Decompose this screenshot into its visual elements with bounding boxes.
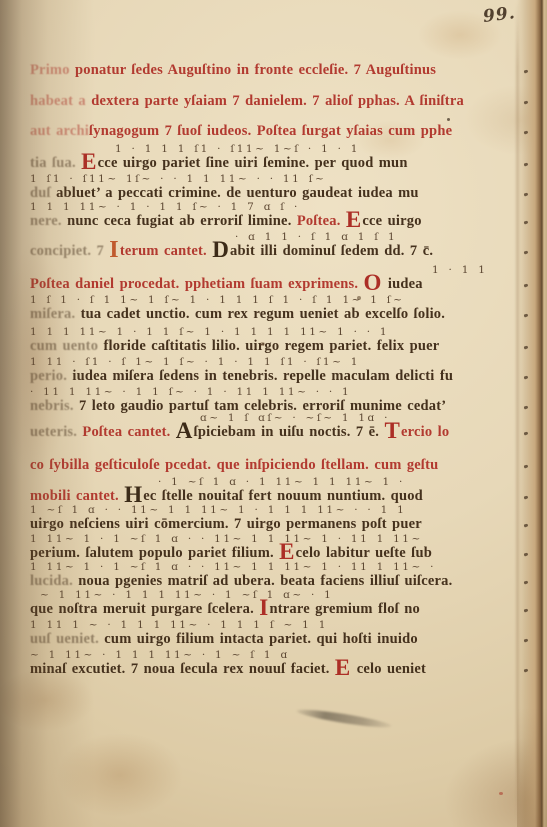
text-segment: noua pgenies matriſ ad ubera. beata faci… bbox=[78, 573, 452, 589]
pricking-mark bbox=[524, 69, 529, 73]
text-segment: tia ſua. bbox=[30, 155, 81, 171]
text-segment: ercio lo bbox=[401, 424, 449, 440]
text-segment: Primo bbox=[30, 62, 75, 78]
neume-row: 1 · 1 1 1 ſ1 · ſ11~ 1~ſ · 1 · 1 bbox=[115, 143, 360, 155]
text-segment: Poſtea. bbox=[297, 213, 346, 229]
ink-speck bbox=[357, 296, 361, 300]
pricking-mark bbox=[524, 192, 529, 196]
text-segment: nere. bbox=[30, 213, 67, 229]
illuminated-initial: A bbox=[176, 418, 193, 443]
text-line: ɑ~ 1 ſ ɑſ~ · ~ſ~ 1 1ɑ ·ueteris. Poſtea c… bbox=[30, 424, 449, 441]
pricking-mark bbox=[524, 313, 529, 317]
text-segment: uuſ ueniet. bbox=[30, 631, 104, 647]
text-segment: celo labitur ueſte ſub bbox=[296, 545, 432, 561]
text-line: 1 ſ 1 · ſ 1 1~ 1 ſ~ 1 · 1 1 1 ſ 1 · ſ 1 … bbox=[30, 306, 445, 323]
text-segment: cum uento bbox=[30, 338, 103, 354]
text-segment: que noſtra meruit purgare ſcelera. bbox=[30, 601, 259, 617]
neume-row: 1 11~ 1 · 1 ~ſ 1 ɑ · · 11~ 1 1 11~ 1 · 1… bbox=[30, 561, 436, 573]
text-segment: ueteris. bbox=[30, 424, 82, 440]
text-segment: co ſybilla geſticuloſe pcedat. que inſpi… bbox=[30, 457, 438, 473]
neume-row: 1 ſ1 · ſ11~ 1ſ~ · · 1 1 11~ · · 11 ſ~ bbox=[30, 173, 326, 185]
pricking-mark bbox=[524, 375, 529, 379]
text-segment: iudea miſera ſedens in tenebris. repelle… bbox=[72, 368, 453, 384]
pricking-mark bbox=[524, 431, 529, 435]
neume-row: · 1 ~ſ 1 ɑ · 1 11~ 1 1 11~ 1 · bbox=[158, 476, 405, 488]
text-segment: ntrare gremium floſ no bbox=[269, 601, 420, 617]
text-segment: habeat a bbox=[30, 93, 91, 109]
text-segment: floride caſtitatis lilio. uirgo regem pa… bbox=[103, 338, 439, 354]
text-segment: miſera. bbox=[30, 306, 81, 322]
text-segment: Poſtea daniel procedat. pphetiam ſuam ex… bbox=[30, 276, 364, 292]
pricking-mark bbox=[524, 162, 529, 166]
illuminated-initial: D bbox=[212, 237, 229, 262]
rubric-line: aut archiſynagogum 7 ſuoſ iudeos. Poſtea… bbox=[30, 123, 452, 140]
illuminated-initial: E bbox=[346, 207, 362, 232]
neume-row: 1 11~ 1 · 1 ~ſ 1 ɑ · · 11~ 1 1 11~ 1 · 1… bbox=[30, 533, 423, 545]
text-segment: celo ueniet bbox=[351, 661, 426, 677]
neume-row: 1 11 · ſ1 · ſ 1~ 1 ſ~ · 1 · 1 1 ſ1 · ſ1~… bbox=[30, 356, 360, 368]
rubric-line: Primo ponatur ſedes Auguſtino in fronte … bbox=[30, 62, 436, 79]
text-segment: perio. bbox=[30, 368, 72, 384]
pricking-mark bbox=[524, 250, 529, 254]
neume-row: · ɑ 1 1 · ſ 1 ɑ 1 ſ 1 bbox=[235, 231, 397, 243]
pricking-mark bbox=[524, 495, 529, 499]
text-segment: abluet’ a peccati crimine. de uenturo ga… bbox=[56, 185, 419, 201]
text-line: 1 1 1 11~ 1 · 1 1 ſ~ 1 · 1 1 1 1 11~ 1 ·… bbox=[30, 338, 439, 355]
text-segment: cum uirgo filium intacta pariet. qui hoſ… bbox=[104, 631, 418, 647]
pricking-mark bbox=[524, 130, 529, 134]
text-segment: nunc ceca fugiat ab erroriſ limine. bbox=[67, 213, 297, 229]
text-line: 1 1 1 11~ · 1 · 1 1 ſ~ · 1 7 ɑ ſ ·nere. … bbox=[30, 213, 422, 230]
text-segment: concipiet. 7 bbox=[30, 243, 109, 259]
pricking-mark bbox=[524, 608, 529, 612]
ink-speck bbox=[499, 792, 503, 795]
neume-row: 1 11 1 ~ · 1 1 1 11~ · 1 1 1 ſ ~ 1 1 bbox=[30, 619, 328, 631]
text-segment: uirgo neſciens uiri cōmercium. 7 uirgo p… bbox=[30, 516, 422, 532]
text-line: 1 11~ 1 · 1 ~ſ 1 ɑ · · 11~ 1 1 11~ 1 · 1… bbox=[30, 573, 452, 590]
neume-row: 1 1 1 11~ 1 · 1 1 ſ~ 1 · 1 1 1 1 11~ 1 ·… bbox=[30, 326, 389, 338]
text-line: 1 11 · ſ1 · ſ 1~ 1 ſ~ · 1 · 1 1 ſ1 · ſ1~… bbox=[30, 368, 453, 385]
text-block: Primo ponatur ſedes Auguſtino in fronte … bbox=[30, 0, 522, 827]
pricking-mark bbox=[524, 668, 529, 672]
illuminated-initial: I bbox=[109, 237, 119, 263]
pricking-mark bbox=[524, 464, 529, 468]
text-line: · 1 ~ſ 1 ɑ · 1 11~ 1 1 11~ 1 ·mobili can… bbox=[30, 488, 423, 505]
ink-speck bbox=[447, 118, 450, 121]
text-segment: cce uirgo bbox=[362, 213, 421, 229]
pricking-mark bbox=[524, 638, 529, 642]
neume-row: ~ 1 11~ · 1 1 1 11~ · 1 ~ſ 1 ɑ~ · 1 bbox=[40, 589, 333, 601]
text-line: 1 ~ſ 1 ɑ · · 11~ 1 1 11~ 1 · 1 1 1 11~ ·… bbox=[30, 516, 422, 533]
text-segment: ſynagogum 7 ſuoſ iudeos. Poſtea ſurgat y… bbox=[89, 123, 452, 139]
pricking-mark bbox=[524, 405, 529, 409]
text-line: ~ 1 11~ · 1 1 1 11~ · 1 ~ſ 1 ɑ~ · 1que n… bbox=[30, 601, 420, 618]
pricking-mark bbox=[524, 580, 529, 584]
text-line: 1 11 1 ~ · 1 1 1 11~ · 1 1 1 ſ ~ 1 1uuſ … bbox=[30, 631, 418, 648]
neume-row: 1 · 1 1 bbox=[432, 264, 487, 276]
rubric-line: co ſybilla geſticuloſe pcedat. que inſpi… bbox=[30, 457, 438, 474]
pricking-marks bbox=[524, 0, 530, 827]
book-fore-edge bbox=[517, 0, 547, 827]
text-segment: ec ſtelle nouitaſ fert nouum nuntium. qu… bbox=[143, 488, 423, 504]
neume-row: 1 ~ſ 1 ɑ · · 11~ 1 1 11~ 1 · 1 1 1 11~ ·… bbox=[30, 504, 406, 516]
rubric-line: habeat a dextera parte yſaiam 7 danielem… bbox=[30, 93, 464, 110]
text-line: · ɑ 1 1 · ſ 1 ɑ 1 ſ 1concipiet. 7 Iterum… bbox=[30, 243, 433, 260]
illuminated-initial: O bbox=[364, 270, 382, 295]
text-line: 1 11~ 1 · 1 ~ſ 1 ɑ · · 11~ 1 1 11~ 1 · 1… bbox=[30, 545, 432, 562]
text-segment: iudea bbox=[383, 276, 423, 292]
illuminated-initial: E bbox=[335, 655, 351, 680]
text-segment: tua cadet unctio. cum rex regum ueniet a… bbox=[81, 306, 445, 322]
text-segment: duſ bbox=[30, 185, 56, 201]
pricking-mark bbox=[524, 345, 529, 349]
manuscript-photo: 99. Primo ponatur ſedes Auguſtino in fro… bbox=[0, 0, 547, 827]
text-segment: abit illi dominuſ ſedem dd. 7 c̄. bbox=[230, 243, 433, 259]
text-segment: nebris. bbox=[30, 398, 79, 414]
text-segment: lucida. bbox=[30, 573, 78, 589]
pricking-mark bbox=[524, 220, 529, 224]
pricking-mark bbox=[524, 100, 529, 104]
neume-row: 1 1 1 11~ · 1 · 1 1 ſ~ · 1 7 ɑ ſ · bbox=[30, 201, 300, 213]
text-segment: ſpiciebam in uiſu noctis. 7 ē. bbox=[194, 424, 385, 440]
pricking-mark bbox=[524, 523, 529, 527]
illuminated-initial: E bbox=[81, 149, 97, 174]
pricking-mark bbox=[524, 552, 529, 556]
text-line: 1 ſ1 · ſ11~ 1ſ~ · · 1 1 11~ · · 11 ſ~duſ… bbox=[30, 185, 419, 202]
text-segment: cce uirgo pariet ſine uiri ſemine. per q… bbox=[98, 155, 408, 171]
text-segment: Poſtea cantet. bbox=[82, 424, 175, 440]
text-line: 1 · 1 1 1 ſ1 · ſ11~ 1~ſ · 1 · 1tia ſua. … bbox=[30, 155, 408, 172]
neume-row: 1 ſ 1 · ſ 1 1~ 1 ſ~ 1 · 1 1 1 ſ 1 · ſ 1 … bbox=[30, 294, 404, 306]
text-segment: terum cantet. bbox=[120, 243, 212, 259]
pricking-mark bbox=[524, 283, 529, 287]
text-segment: minaſ excutiet. 7 noua ſecula rex nouuſ … bbox=[30, 661, 335, 677]
text-segment: mobili cantet. bbox=[30, 488, 124, 504]
text-segment: aut archi bbox=[30, 123, 89, 139]
text-segment: ponatur ſedes Auguſtino in fronte eccleſ… bbox=[75, 62, 436, 78]
neume-row: · 11 1 11~ · 1 1 ſ~ · 1 · 11 1 11~ · · 1 bbox=[30, 386, 351, 398]
text-segment: dextera parte yſaiam 7 danielem. 7 alioſ… bbox=[91, 93, 464, 109]
ink-speck bbox=[260, 342, 265, 346]
text-segment: perium. ſalutem populo pariet filium. bbox=[30, 545, 279, 561]
folio-number: 99. bbox=[482, 3, 517, 27]
rubric-line: 1 · 1 1Poſtea daniel procedat. pphetiam … bbox=[30, 276, 423, 293]
text-line: ~ 1 11~ · 1 1 1 11~ · 1 ~ ſ 1 ɑminaſ exc… bbox=[30, 661, 426, 678]
neume-row: ɑ~ 1 ſ ɑſ~ · ~ſ~ 1 1ɑ · bbox=[200, 412, 390, 424]
neume-row: ~ 1 11~ · 1 1 1 11~ · 1 ~ ſ 1 ɑ bbox=[30, 649, 290, 661]
